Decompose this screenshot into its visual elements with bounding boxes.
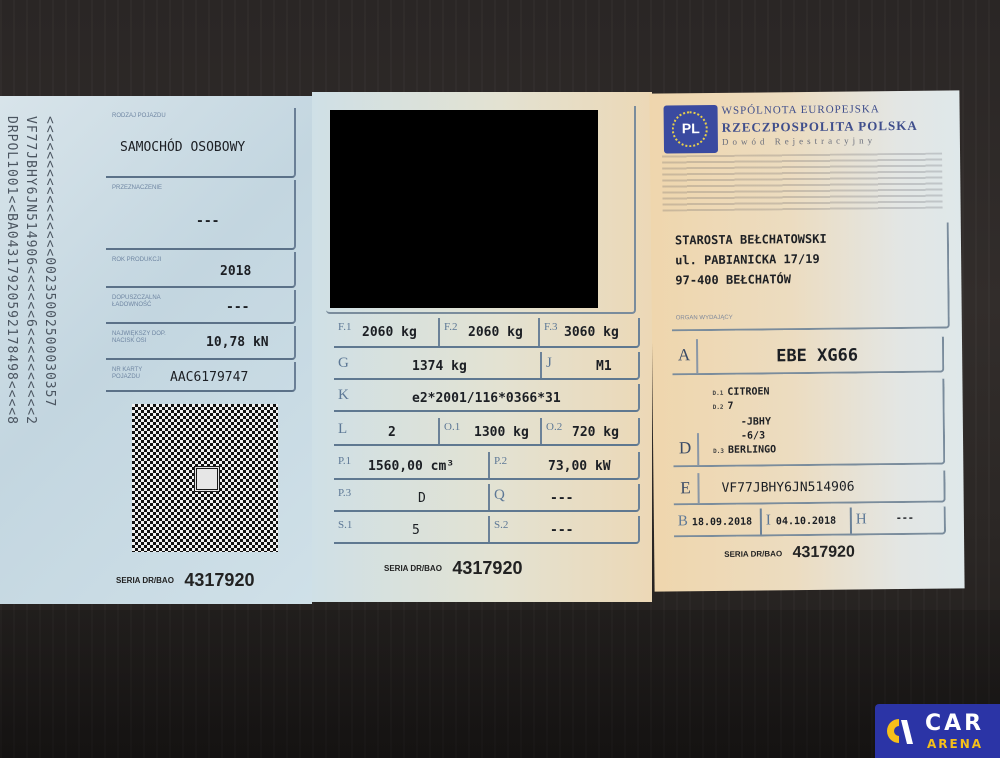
field-label: Rok produkcji	[112, 257, 162, 264]
field-code: P.2	[494, 455, 507, 467]
fine-print	[662, 153, 943, 212]
qr-code	[132, 404, 278, 552]
cell-o2: O.2 720 kg	[540, 418, 638, 444]
field-label: Dopuszczalna ładowność	[112, 295, 172, 309]
field-value: 3060 kg	[564, 325, 619, 340]
field-label: Nr karty pojazdu	[112, 367, 162, 381]
redacted-photo	[330, 110, 598, 308]
field-value: 2060 kg	[362, 325, 417, 340]
cell-j: J M1	[540, 352, 638, 378]
cell-p2: P.2 73,00 kW	[488, 452, 638, 478]
field-code: S.2	[494, 519, 508, 531]
row-s: S.1 5 S.2 ---	[334, 516, 640, 544]
field-value: 2060 kg	[468, 325, 523, 340]
header-eu: WSPÓLNOTA EUROPEJSKA	[722, 103, 880, 117]
field-code: S.1	[338, 519, 352, 531]
serial-label: SERIA DR/BAO	[384, 564, 442, 573]
field-axle-load: Największy dop. nacisk osi 10,78 kN	[106, 326, 296, 360]
fabric-background	[0, 610, 1000, 758]
row-f: F.1 2060 kg F.2 2060 kg F.3 3060 kg	[334, 318, 640, 348]
field-vehicle-card-number: Nr karty pojazdu AAC6179747	[106, 362, 296, 392]
field-code: F.1	[338, 321, 352, 333]
cell-s1: S.1 5	[334, 516, 488, 542]
issuer-label: ORGAN WYDAJĄCY	[676, 315, 733, 322]
header-country: RZECZPOSPOLITA POLSKA	[722, 118, 918, 136]
field-code: P.1	[338, 455, 351, 467]
car-arena-logo: CAR ARENA	[875, 704, 1000, 758]
field-production-year: Rok produkcji 2018	[106, 252, 296, 288]
field-value: 10,78 kN	[206, 335, 269, 350]
logo-text-car: CAR	[925, 711, 984, 736]
serial-label: SERIA DR/BAO	[116, 576, 174, 585]
field-value: ---	[226, 300, 249, 315]
field-value: VF77JBHY6JN514906	[721, 480, 854, 496]
field-label: Rodzaj pojazdu	[112, 113, 166, 120]
cell-f1: F.1 2060 kg	[334, 318, 438, 346]
field-code: D	[673, 433, 699, 465]
sub-code: D.3	[713, 448, 724, 455]
field-value: 1374 kg	[412, 359, 467, 374]
eu-flag-icon: PL	[664, 105, 718, 154]
row-k: K e2*2001/116*0366*31	[334, 384, 640, 412]
field-value: 2018	[220, 264, 251, 279]
logo-text-arena: ARENA	[927, 737, 983, 751]
serial-value: 4317920	[184, 570, 254, 590]
field-value: SAMOCHÓD OSOBOWY	[120, 140, 245, 155]
car-arena-mark-icon	[885, 716, 913, 746]
field-d-make-model: D D.1CITROEN D.27 -JBHY -6/3 D.3BERLINGO	[672, 379, 945, 468]
cell-f3: F.3 3060 kg	[538, 318, 638, 346]
field-value: 1560,00 cm³	[368, 459, 454, 474]
field-value: e2*2001/116*0366*31	[412, 391, 561, 406]
country-code: PL	[664, 120, 718, 137]
serial-number: SERIA DR/BAO 4317920	[724, 544, 855, 564]
serial-label: SERIA DR/BAO	[724, 549, 782, 559]
row-g-j: G 1374 kg J M1	[334, 352, 640, 380]
field-code: H	[856, 511, 867, 528]
field-a-plate: A EBE XG66	[672, 337, 944, 376]
field-code: P.3	[338, 487, 351, 499]
cell-p1: P.1 1560,00 cm³	[334, 452, 488, 478]
field-payload: Dopuszczalna ładowność ---	[106, 290, 296, 324]
field-code: J	[546, 355, 552, 372]
cell-s2: S.2 ---	[488, 516, 638, 542]
mrz-line: DRPOL1001<<BA04317920592178498<<<<8	[4, 116, 19, 586]
issuer-line: STAROSTA BEŁCHATOWSKI	[675, 232, 827, 248]
field-code: L	[338, 421, 347, 438]
cell-l: L 2	[334, 418, 438, 444]
serial-value: 4317920	[793, 544, 855, 562]
field-code: F.3	[544, 321, 558, 333]
type-value: 7	[727, 401, 733, 412]
field-code: O.1	[444, 421, 460, 433]
mrz-line: <<<<<<<<<<<<<<<<00235002500030357	[42, 116, 57, 586]
field-value: ---	[196, 214, 219, 229]
registration-middle-panel: F.1 2060 kg F.2 2060 kg F.3 3060 kg G 13…	[312, 92, 652, 602]
field-code: Q	[494, 487, 505, 504]
field-purpose: Przeznaczenie ---	[106, 180, 296, 250]
serial-number: SERIA DR/BAO 4317920	[116, 570, 254, 591]
field-value: M1	[596, 359, 612, 374]
field-code: G	[338, 355, 349, 372]
field-value: 720 kg	[572, 425, 619, 440]
validity-value: ---	[896, 513, 914, 524]
make-value: CITROEN	[727, 386, 769, 397]
field-value: 2	[388, 425, 396, 440]
field-code: O.2	[546, 421, 562, 433]
field-code: B	[678, 513, 688, 530]
issuer-line: ul. PABIANICKA 17/19	[675, 252, 820, 268]
field-code: A	[672, 339, 698, 373]
field-code: K	[338, 387, 349, 404]
field-value: ---	[550, 491, 573, 506]
cell-f2: F.2 2060 kg	[438, 318, 538, 346]
cell-p3: P.3 D	[334, 484, 488, 510]
sub-code: D.1	[713, 390, 724, 397]
version-value: -6/3	[741, 430, 765, 441]
field-code: F.2	[444, 321, 458, 333]
field-value: AAC6179747	[170, 370, 248, 385]
variant-value: -JBHY	[741, 416, 771, 427]
registration-right-panel: PL WSPÓLNOTA EUROPEJSKA RZECZPOSPOLITA P…	[649, 90, 964, 591]
field-value: 73,00 kW	[548, 459, 611, 474]
serial-value: 4317920	[452, 558, 522, 578]
cell-i: I 04.10.2018	[760, 508, 850, 535]
row-p3-q: P.3 D Q ---	[334, 484, 640, 512]
field-vehicle-type: Rodzaj pojazdu SAMOCHÓD OSOBOWY	[106, 108, 296, 178]
header-doc-type: Dowód Rejestracyjny	[722, 135, 876, 147]
serial-number: SERIA DR/BAO 4317920	[384, 558, 522, 579]
field-value: D	[418, 491, 426, 506]
field-code: E	[673, 473, 699, 503]
issuer-box: STAROSTA BEŁCHATOWSKI ul. PABIANICKA 17/…	[671, 223, 950, 332]
issuer-line: 97-400 BEŁCHATÓW	[675, 272, 791, 287]
cell-q: Q ---	[488, 484, 638, 510]
row-l-o: L 2 O.1 1300 kg O.2 720 kg	[334, 418, 640, 446]
field-label: Przeznaczenie	[112, 185, 162, 192]
sub-code: D.2	[713, 404, 724, 411]
field-dates: B 18.09.2018 I 04.10.2018 H ---	[674, 507, 946, 538]
field-label: Największy dop. nacisk osi	[112, 331, 172, 345]
row-p1-p2: P.1 1560,00 cm³ P.2 73,00 kW	[334, 452, 640, 480]
cell-h: H ---	[850, 507, 944, 534]
cell-k: K e2*2001/116*0366*31	[334, 384, 638, 410]
field-e-vin: E VF77JBHY6JN514906	[673, 471, 945, 506]
field-code: I	[766, 512, 771, 529]
first-registration-date: 18.09.2018	[692, 517, 752, 529]
mrz-zone: DRPOL1001<<BA04317920592178498<<<<8 VF77…	[4, 116, 74, 586]
cell-o1: O.1 1300 kg	[438, 418, 540, 444]
model-value: BERLINGO	[728, 444, 776, 456]
field-value: EBE XG66	[776, 345, 858, 366]
field-value: 1300 kg	[474, 425, 529, 440]
registration-left-panel: DRPOL1001<<BA04317920592178498<<<<8 VF77…	[0, 96, 312, 604]
field-value: ---	[550, 523, 573, 538]
field-value: 5	[412, 523, 420, 538]
cell-g: G 1374 kg	[334, 352, 540, 378]
registration-date: 04.10.2018	[776, 516, 836, 528]
mrz-line: VF77JBHY6JN514906<<<<<<6<<<<<<<<<<2	[23, 116, 38, 586]
